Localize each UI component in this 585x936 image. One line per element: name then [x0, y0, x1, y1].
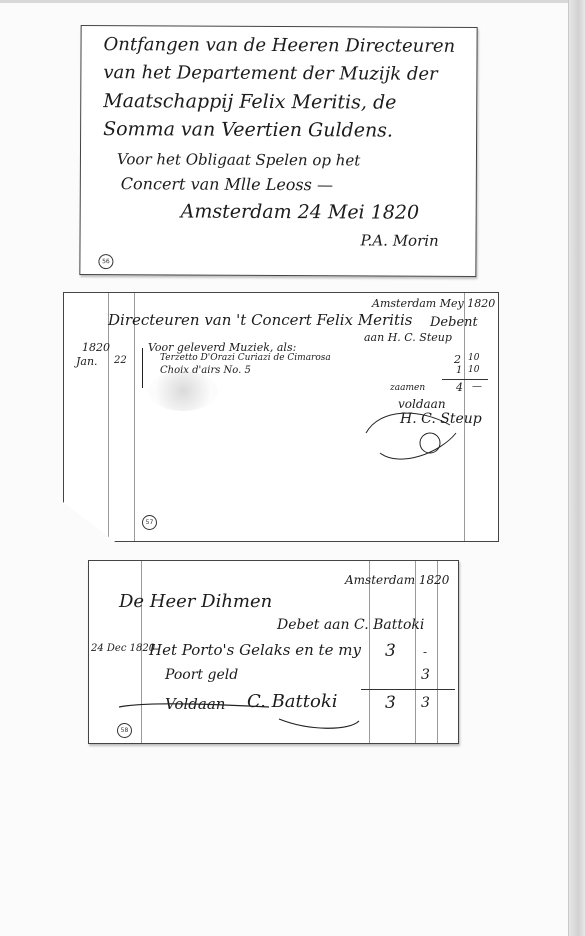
receipt-57-item-1: Terzetto D'Orazi Curiazi de Cimarosa — [160, 353, 331, 363]
receipt-57-day: 22 — [114, 355, 127, 366]
receipt-57-item-2-stuivers: 10 — [468, 365, 479, 375]
receipt-57-place-date: Amsterdam Mey 1820 — [372, 297, 495, 310]
receipt-58-debit-label: Debet aan C. Battoki — [277, 617, 424, 633]
receipt-58-number-badge: 58 — [117, 723, 132, 738]
receipt-58-item-1: Het Porto's Gelaks en te my — [149, 641, 361, 659]
receipt-57-number-badge: 57 — [142, 515, 157, 530]
scan-top-edge — [0, 0, 585, 3]
signature-flourish-icon — [109, 701, 369, 741]
receipt-57: Amsterdam Mey 1820 Directeuren van 't Co… — [63, 292, 499, 542]
receipt-56-line-5: Voor het Obligaat Spelen op het — [117, 150, 360, 169]
receipt-56-line-3: Maatschappij Felix Meritis, de — [103, 90, 396, 114]
receipt-58-item-1-stuivers: - — [423, 645, 427, 659]
receipt-58-heading: De Heer Dihmen — [119, 591, 272, 612]
receipt-58-item-2-stuivers: 3 — [421, 667, 430, 683]
margin-rule-3 — [415, 561, 416, 743]
receipt-58-item-1-guilders: 3 — [385, 641, 396, 661]
receipt-58-total-guilders: 3 — [385, 693, 396, 713]
receipt-57-heading: Directeuren van 't Concert Felix Meritis — [108, 311, 413, 329]
receipt-57-creditor: aan H. C. Steup — [364, 331, 452, 344]
receipt-58-item-2: Poort geld — [165, 667, 238, 683]
receipt-58-place-date: Amsterdam 1820 — [345, 573, 449, 587]
receipt-56: Ontfangen van de Heeren Directeuren van … — [79, 25, 477, 277]
scan-page-edge — [568, 0, 585, 936]
receipt-57-total-label: zaamen — [390, 383, 425, 393]
margin-rule-1 — [108, 293, 109, 541]
receipt-58-sum-rule — [361, 689, 455, 690]
receipt-56-line-2: van het Departement der Muzijk der — [103, 62, 437, 85]
receipt-56-place-date: Amsterdam 24 Mei 1820 — [181, 200, 420, 223]
receipt-56-line-1: Ontfangen van de Heeren Directeuren — [103, 34, 455, 57]
receipt-57-sum-rule — [442, 379, 488, 380]
receipt-57-debit-label: Debent — [430, 315, 478, 330]
receipt-57-item-2-guilders: 1 — [456, 365, 462, 376]
receipt-58-date: 24 Dec 1820 — [91, 643, 155, 654]
receipt-58-total-stuivers: 3 — [421, 695, 430, 711]
receipt-56-line-6: Concert van Mlle Leoss — — [121, 174, 333, 194]
margin-rule-4 — [142, 348, 143, 388]
signature-flourish-icon — [360, 403, 470, 463]
receipt-57-total-guilders: 4 — [456, 381, 463, 394]
receipt-57-year: 1820 — [82, 341, 110, 354]
receipt-57-item-1-stuivers: 10 — [468, 353, 479, 363]
ink-stain — [148, 371, 218, 411]
receipt-57-total-stuivers: — — [472, 381, 482, 392]
receipt-58: Amsterdam 1820 De Heer Dihmen Debet aan … — [88, 560, 459, 744]
receipt-56-number-badge: 56 — [98, 254, 113, 269]
margin-rule-2 — [369, 561, 370, 743]
receipt-57-month: Jan. — [76, 355, 98, 368]
margin-rule-2 — [134, 293, 135, 541]
margin-rule-4 — [437, 561, 438, 743]
receipt-56-line-4: Somma van Veertien Guldens. — [103, 118, 393, 142]
receipt-56-signature: P.A. Morin — [360, 231, 438, 249]
